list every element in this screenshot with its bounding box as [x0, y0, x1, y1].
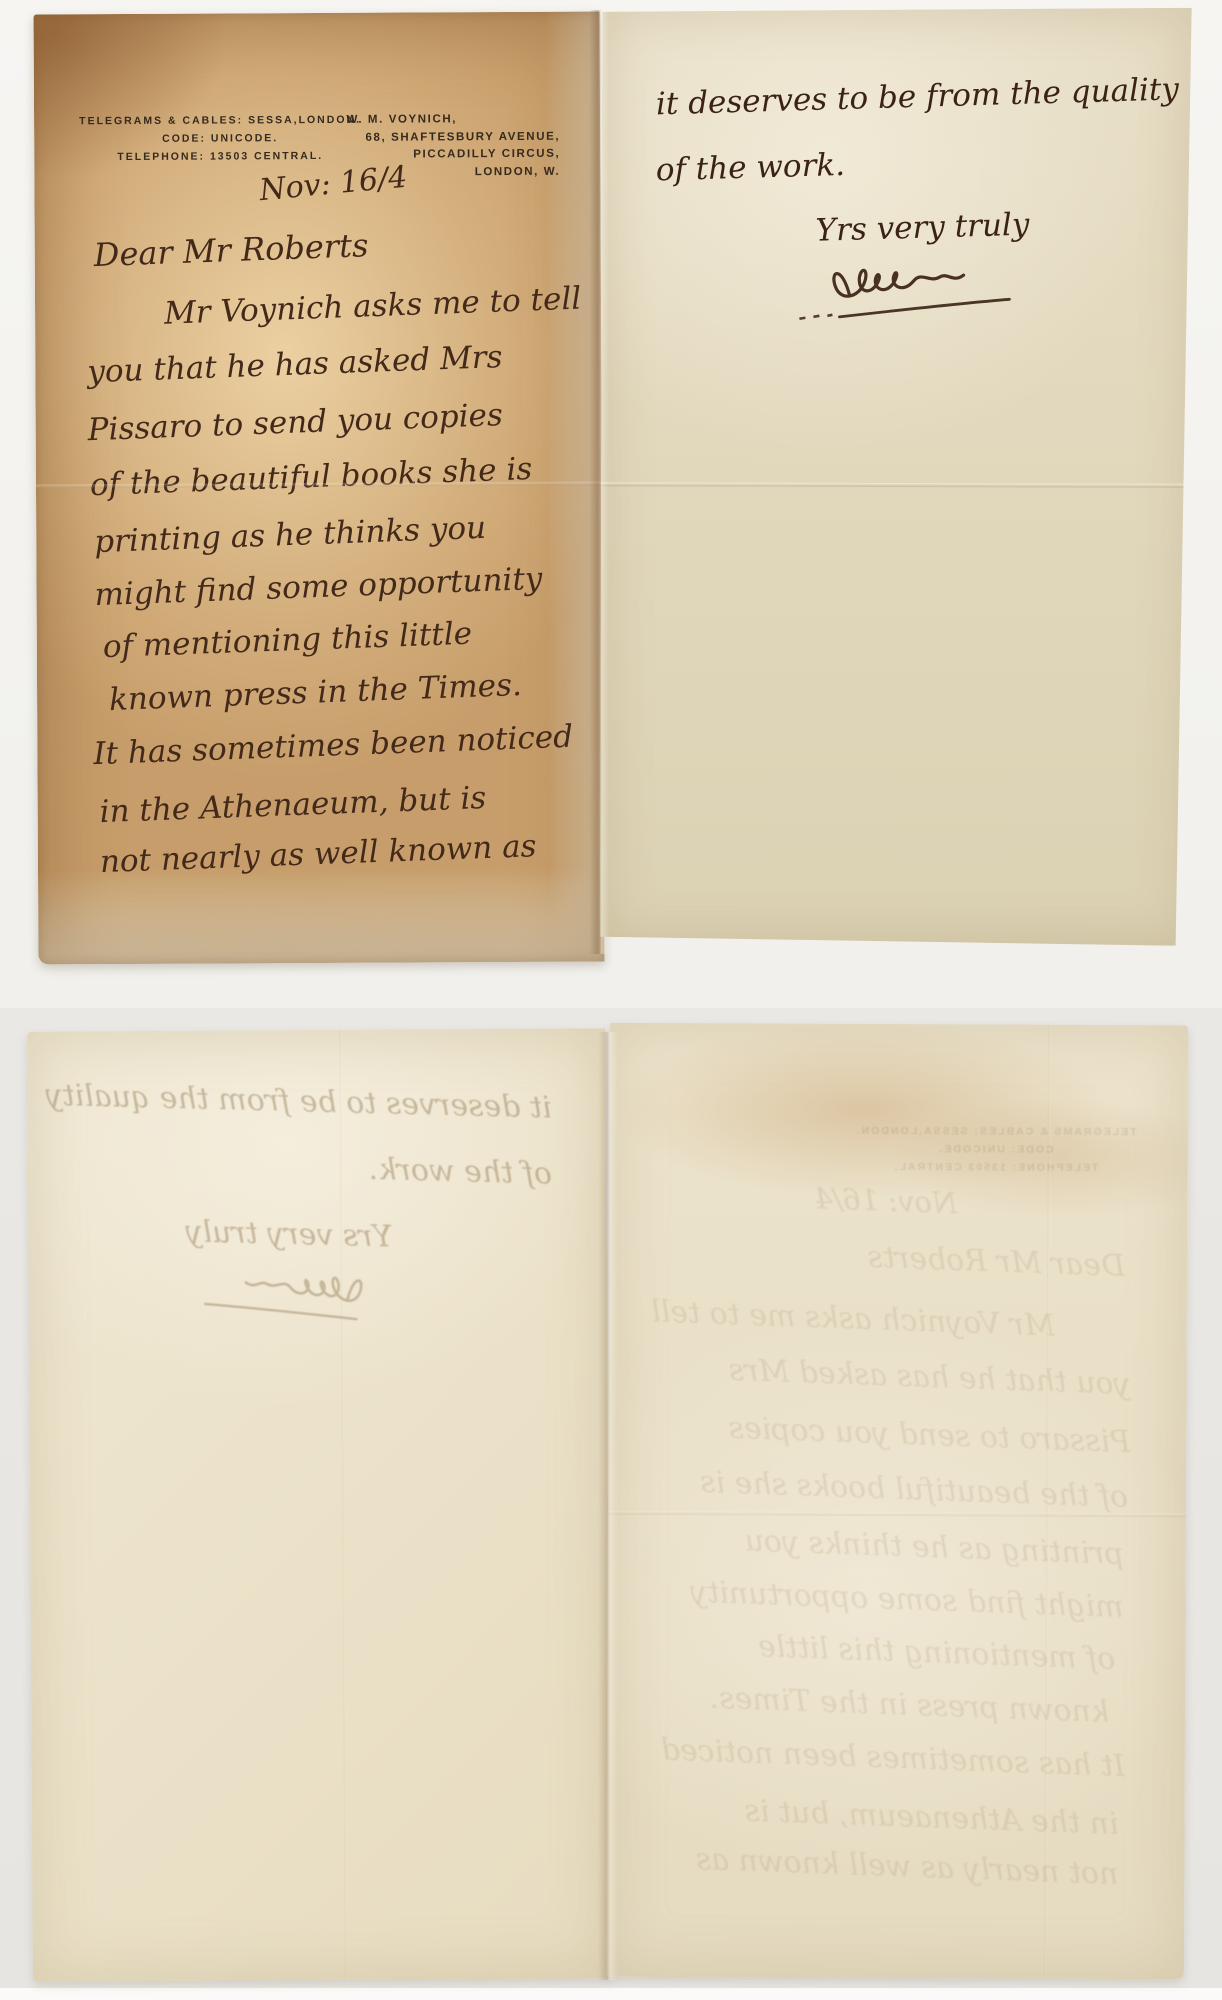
handwritten-line: not nearly as well known as	[99, 828, 537, 880]
show-through-line: Mr Voynich asks me to tell	[651, 1294, 1056, 1343]
handwritten-line: might find some opportunity	[94, 561, 543, 613]
letterhead-address1: 68, SHAFTESBURY AVENUE,	[302, 128, 560, 147]
handwritten-line: of mentioning this little	[102, 616, 472, 666]
show-through-line: TELEGRAMS & CABLES: SESSA,LONDON.	[850, 1122, 1142, 1141]
show-through-line: Nov: 16/4	[813, 1181, 957, 1220]
show-through-line: CODE: UNICODE.	[849, 1140, 1141, 1159]
handwritten-closing: Yrs very truly	[815, 207, 1030, 249]
handwritten-line: Pissaro to send you copies	[87, 397, 503, 448]
handwritten-line: in the Athenaeum, but is	[99, 780, 487, 830]
show-through-line: of the beautiful books she is	[699, 1465, 1128, 1515]
show-through-line: might find some opportunity	[690, 1574, 1125, 1624]
show-through-line: of mentioning this little	[757, 1629, 1115, 1677]
letterhead-address2: PICCADILLY CIRCUS,	[302, 146, 560, 165]
handwritten-line: It has sometimes been noticed	[93, 719, 574, 773]
handwritten-line: printing as he thinks you	[94, 510, 487, 560]
ink-show-through: it deserves to be from the quality of th…	[27, 1028, 611, 1982]
show-through-line: you that he has asked Mrs	[728, 1353, 1131, 1402]
letter-page1: TELEGRAMS & CABLES: SESSA,LONDON. CODE: …	[34, 12, 605, 965]
letter-page1-verso: TELEGRAMS & CABLES: SESSA,LONDON. CODE: …	[606, 1023, 1188, 1980]
show-through-letterhead: TELEGRAMS & CABLES: SESSA,LONDON. CODE: …	[849, 1122, 1141, 1177]
handwritten-line: you that he has asked Mrs	[87, 339, 503, 390]
show-through-line: Yrs very truly	[185, 1214, 393, 1254]
handwritten-line: Mr Voynich asks me to tell	[163, 281, 581, 332]
handwritten-date: Nov: 16/4	[258, 160, 409, 209]
show-through-line: not nearly as well known as	[695, 1842, 1119, 1892]
ink-show-through: TELEGRAMS & CABLES: SESSA,LONDON. CODE: …	[606, 1023, 1188, 1980]
show-through-line: printing as he thinks you	[744, 1523, 1124, 1572]
letter-page2: it deserves to be from the quality of th…	[600, 6, 1192, 946]
show-through-line: Dear Mr Roberts	[867, 1240, 1126, 1284]
handwritten-salutation: Dear Mr Roberts	[93, 226, 369, 274]
show-through-line: known press in the Times.	[709, 1681, 1110, 1730]
letterhead-name: W. M. VOYNICH,	[302, 111, 560, 130]
fold-crease	[601, 482, 1191, 488]
show-through-line: it deserves to be from the quality	[45, 1078, 552, 1126]
letter-page2-verso: it deserves to be from the quality of th…	[27, 1028, 611, 1982]
screenshot-stage: TELEGRAMS & CABLES: SESSA,LONDON. CODE: …	[0, 0, 1222, 2000]
show-through-line: TELEPHONE: 13503 CENTRAL.	[849, 1158, 1141, 1177]
show-through-signature	[187, 1265, 407, 1346]
show-through-line: in the Athenaeum, but is	[744, 1794, 1119, 1842]
handwritten-line: known press in the Times.	[108, 667, 522, 718]
photo-letter-recto: TELEGRAMS & CABLES: SESSA,LONDON. CODE: …	[0, 0, 1222, 1008]
photo-letter-verso: it deserves to be from the quality of th…	[0, 1008, 1222, 1988]
show-through-line: of the work.	[368, 1152, 552, 1192]
handwritten-line: it deserves to be from the quality	[655, 71, 1179, 122]
handwritten-line: of the work.	[655, 147, 845, 188]
show-through-line: It has sometimes been noticed	[660, 1732, 1125, 1784]
show-through-line: Pissaro to send you copies	[728, 1411, 1131, 1460]
signature-scrawl	[791, 257, 1021, 348]
handwritten-line: of the beautiful books she is	[89, 451, 532, 503]
